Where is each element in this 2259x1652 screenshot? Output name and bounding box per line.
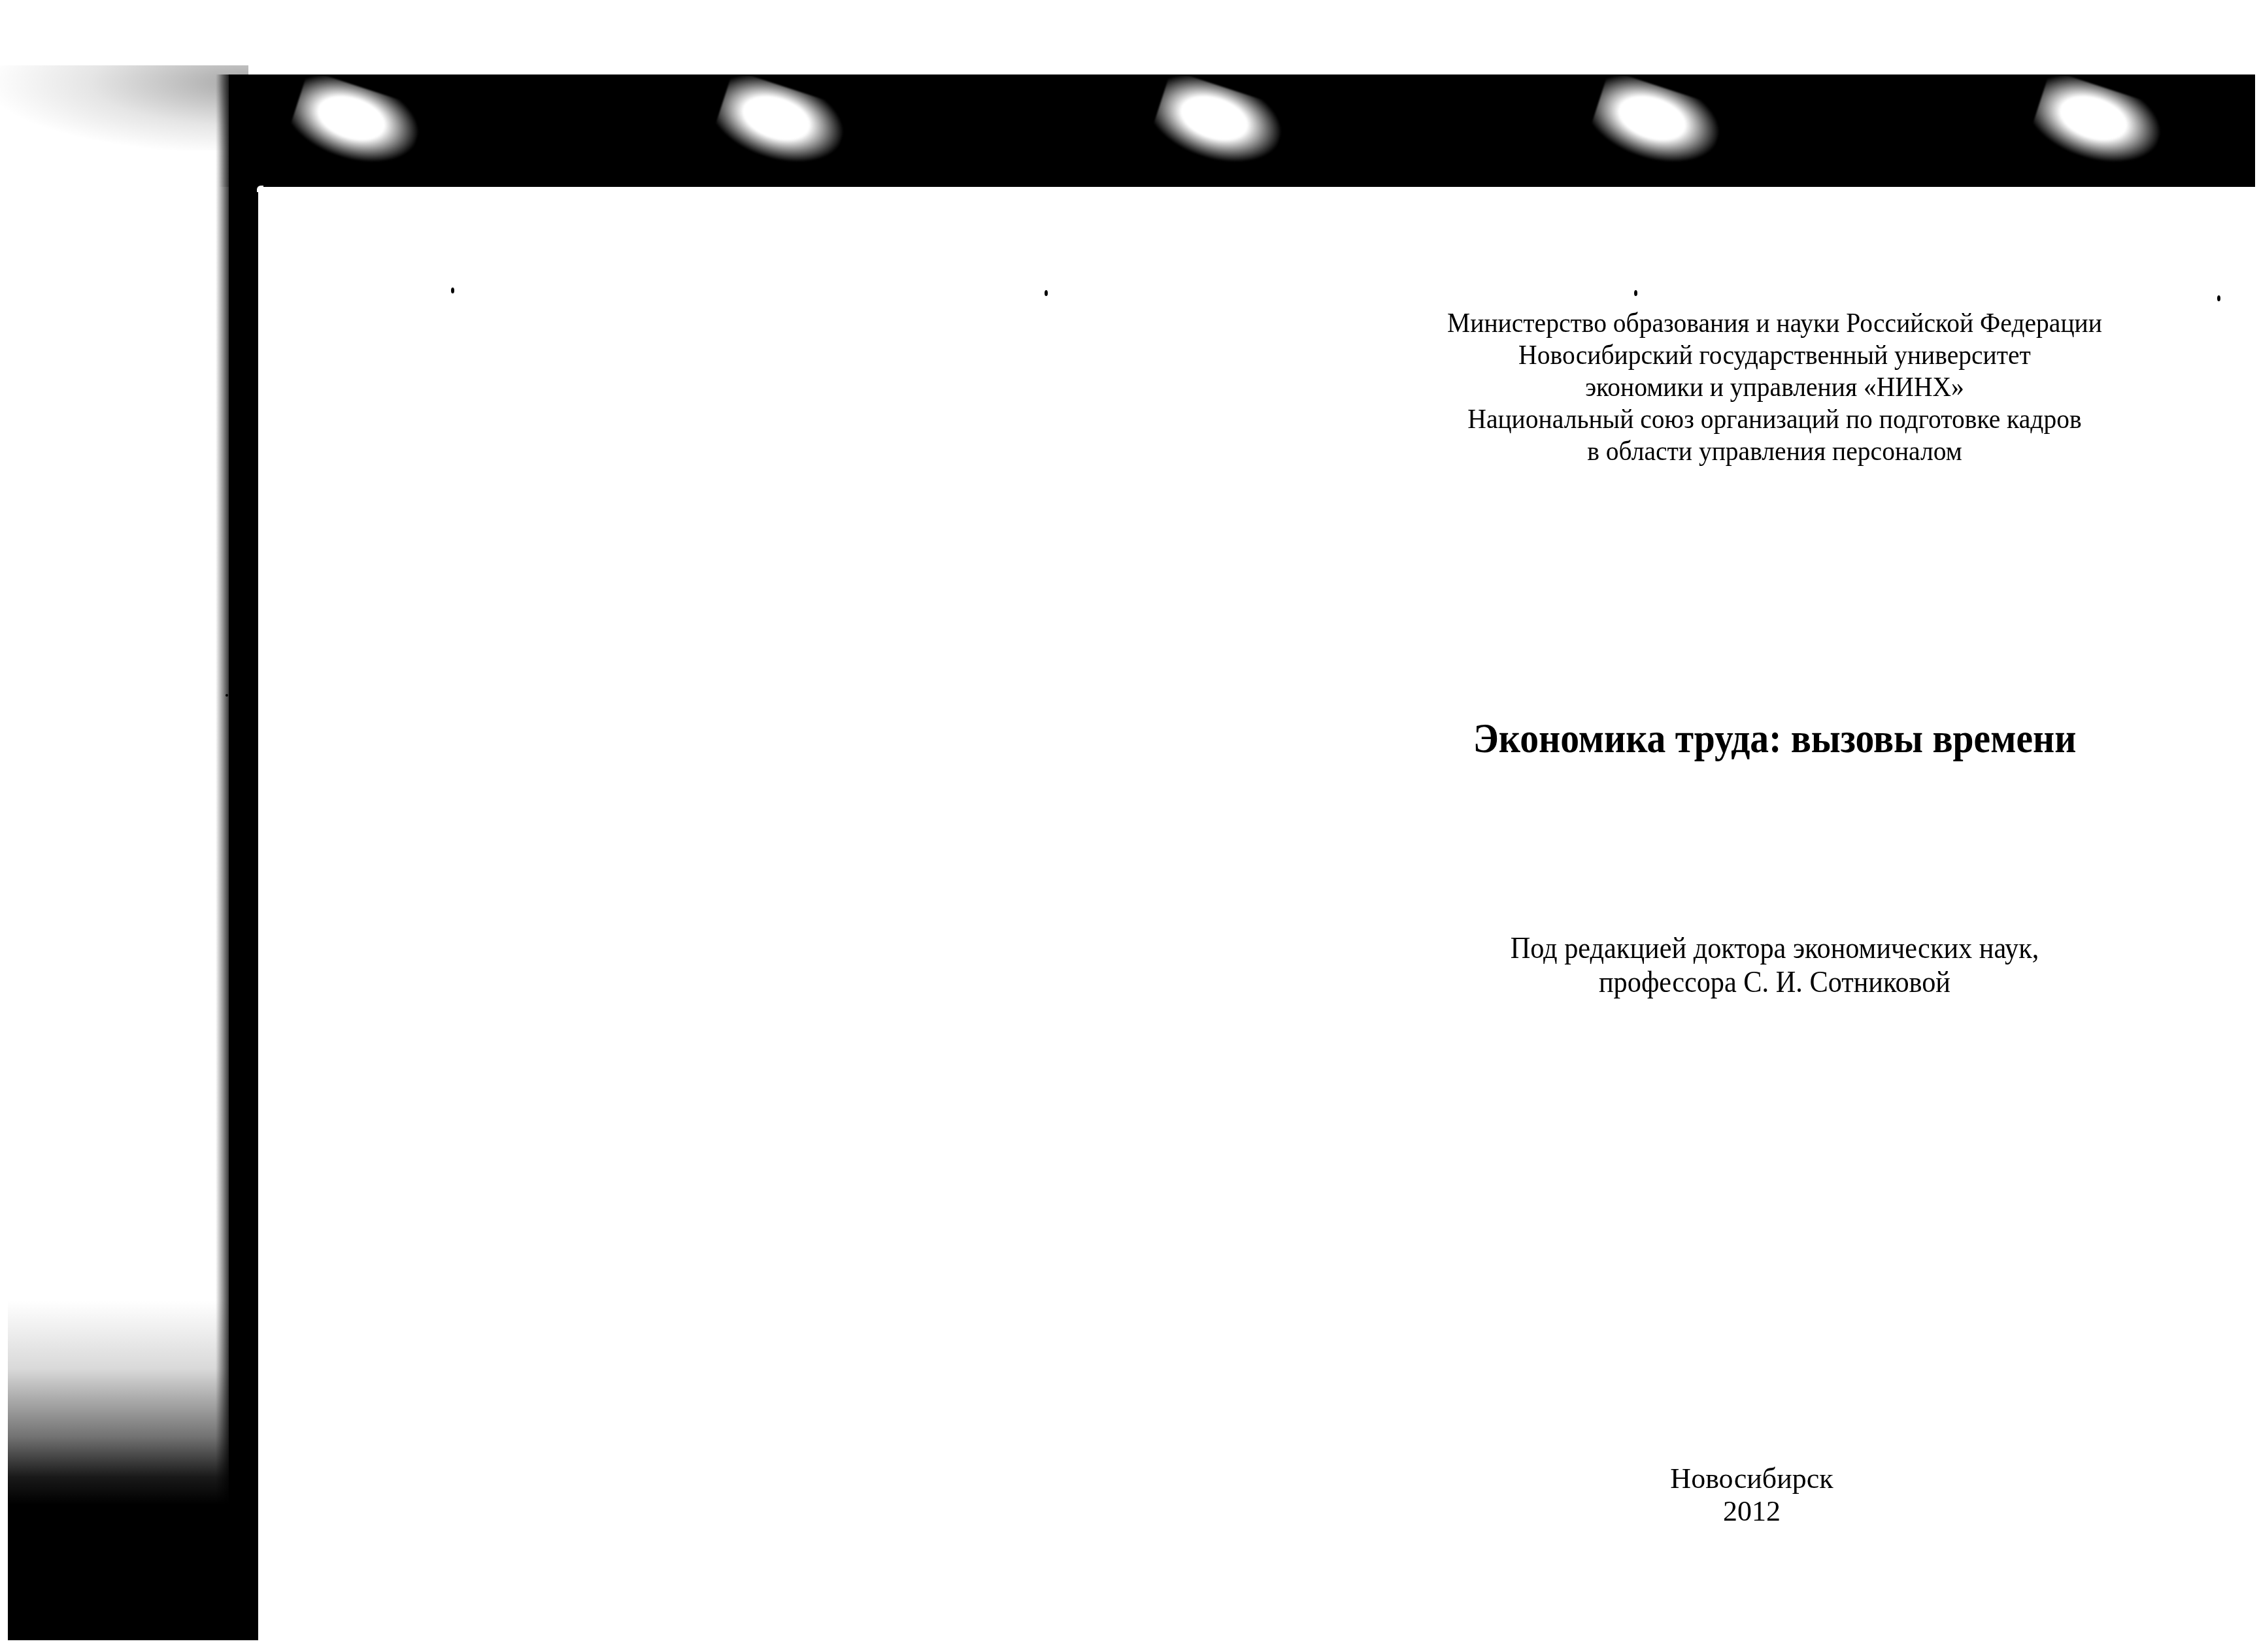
scan-speck (2217, 295, 2220, 301)
scan-blotch (1587, 70, 1728, 176)
scan-blotch (1149, 70, 1290, 176)
institution-line: экономики и управления «НИНХ» (1380, 371, 2168, 403)
editor-line-2: профессора С. И. Сотниковой (1390, 965, 2160, 999)
imprint-city: Новосибирск (1621, 1462, 1882, 1495)
editor-line-1: Под редакцией доктора экономических наук… (1390, 931, 2160, 965)
institution-line: Министерство образования и науки Российс… (1380, 307, 2168, 339)
institution-line: Новосибирский государственный университе… (1380, 339, 2168, 371)
scan-border-top (245, 74, 2255, 187)
scan-speck (226, 694, 228, 697)
institution-line: в области управления персоналом (1380, 435, 2168, 467)
scan-speck (451, 288, 454, 293)
scan-blotch (2028, 70, 2169, 176)
scan-blotch (286, 70, 427, 176)
institution-block: Министерство образования и науки Российс… (1380, 307, 2168, 467)
book-title: Экономика труда: вызовы времени (1390, 712, 2160, 765)
scan-shadow-bottom-left (8, 1300, 233, 1640)
scan-speck (1634, 290, 1637, 296)
scan-speck (1045, 290, 1048, 296)
institution-line: Национальный союз организаций по подгото… (1380, 403, 2168, 435)
scan-shadow-top-left (0, 65, 248, 150)
editor-block: Под редакцией доктора экономических наук… (1390, 931, 2160, 999)
imprint-block: Новосибирск 2012 (1621, 1462, 1882, 1528)
scan-blotch (711, 70, 852, 176)
page-corner (257, 186, 263, 192)
imprint-year: 2012 (1621, 1495, 1882, 1528)
